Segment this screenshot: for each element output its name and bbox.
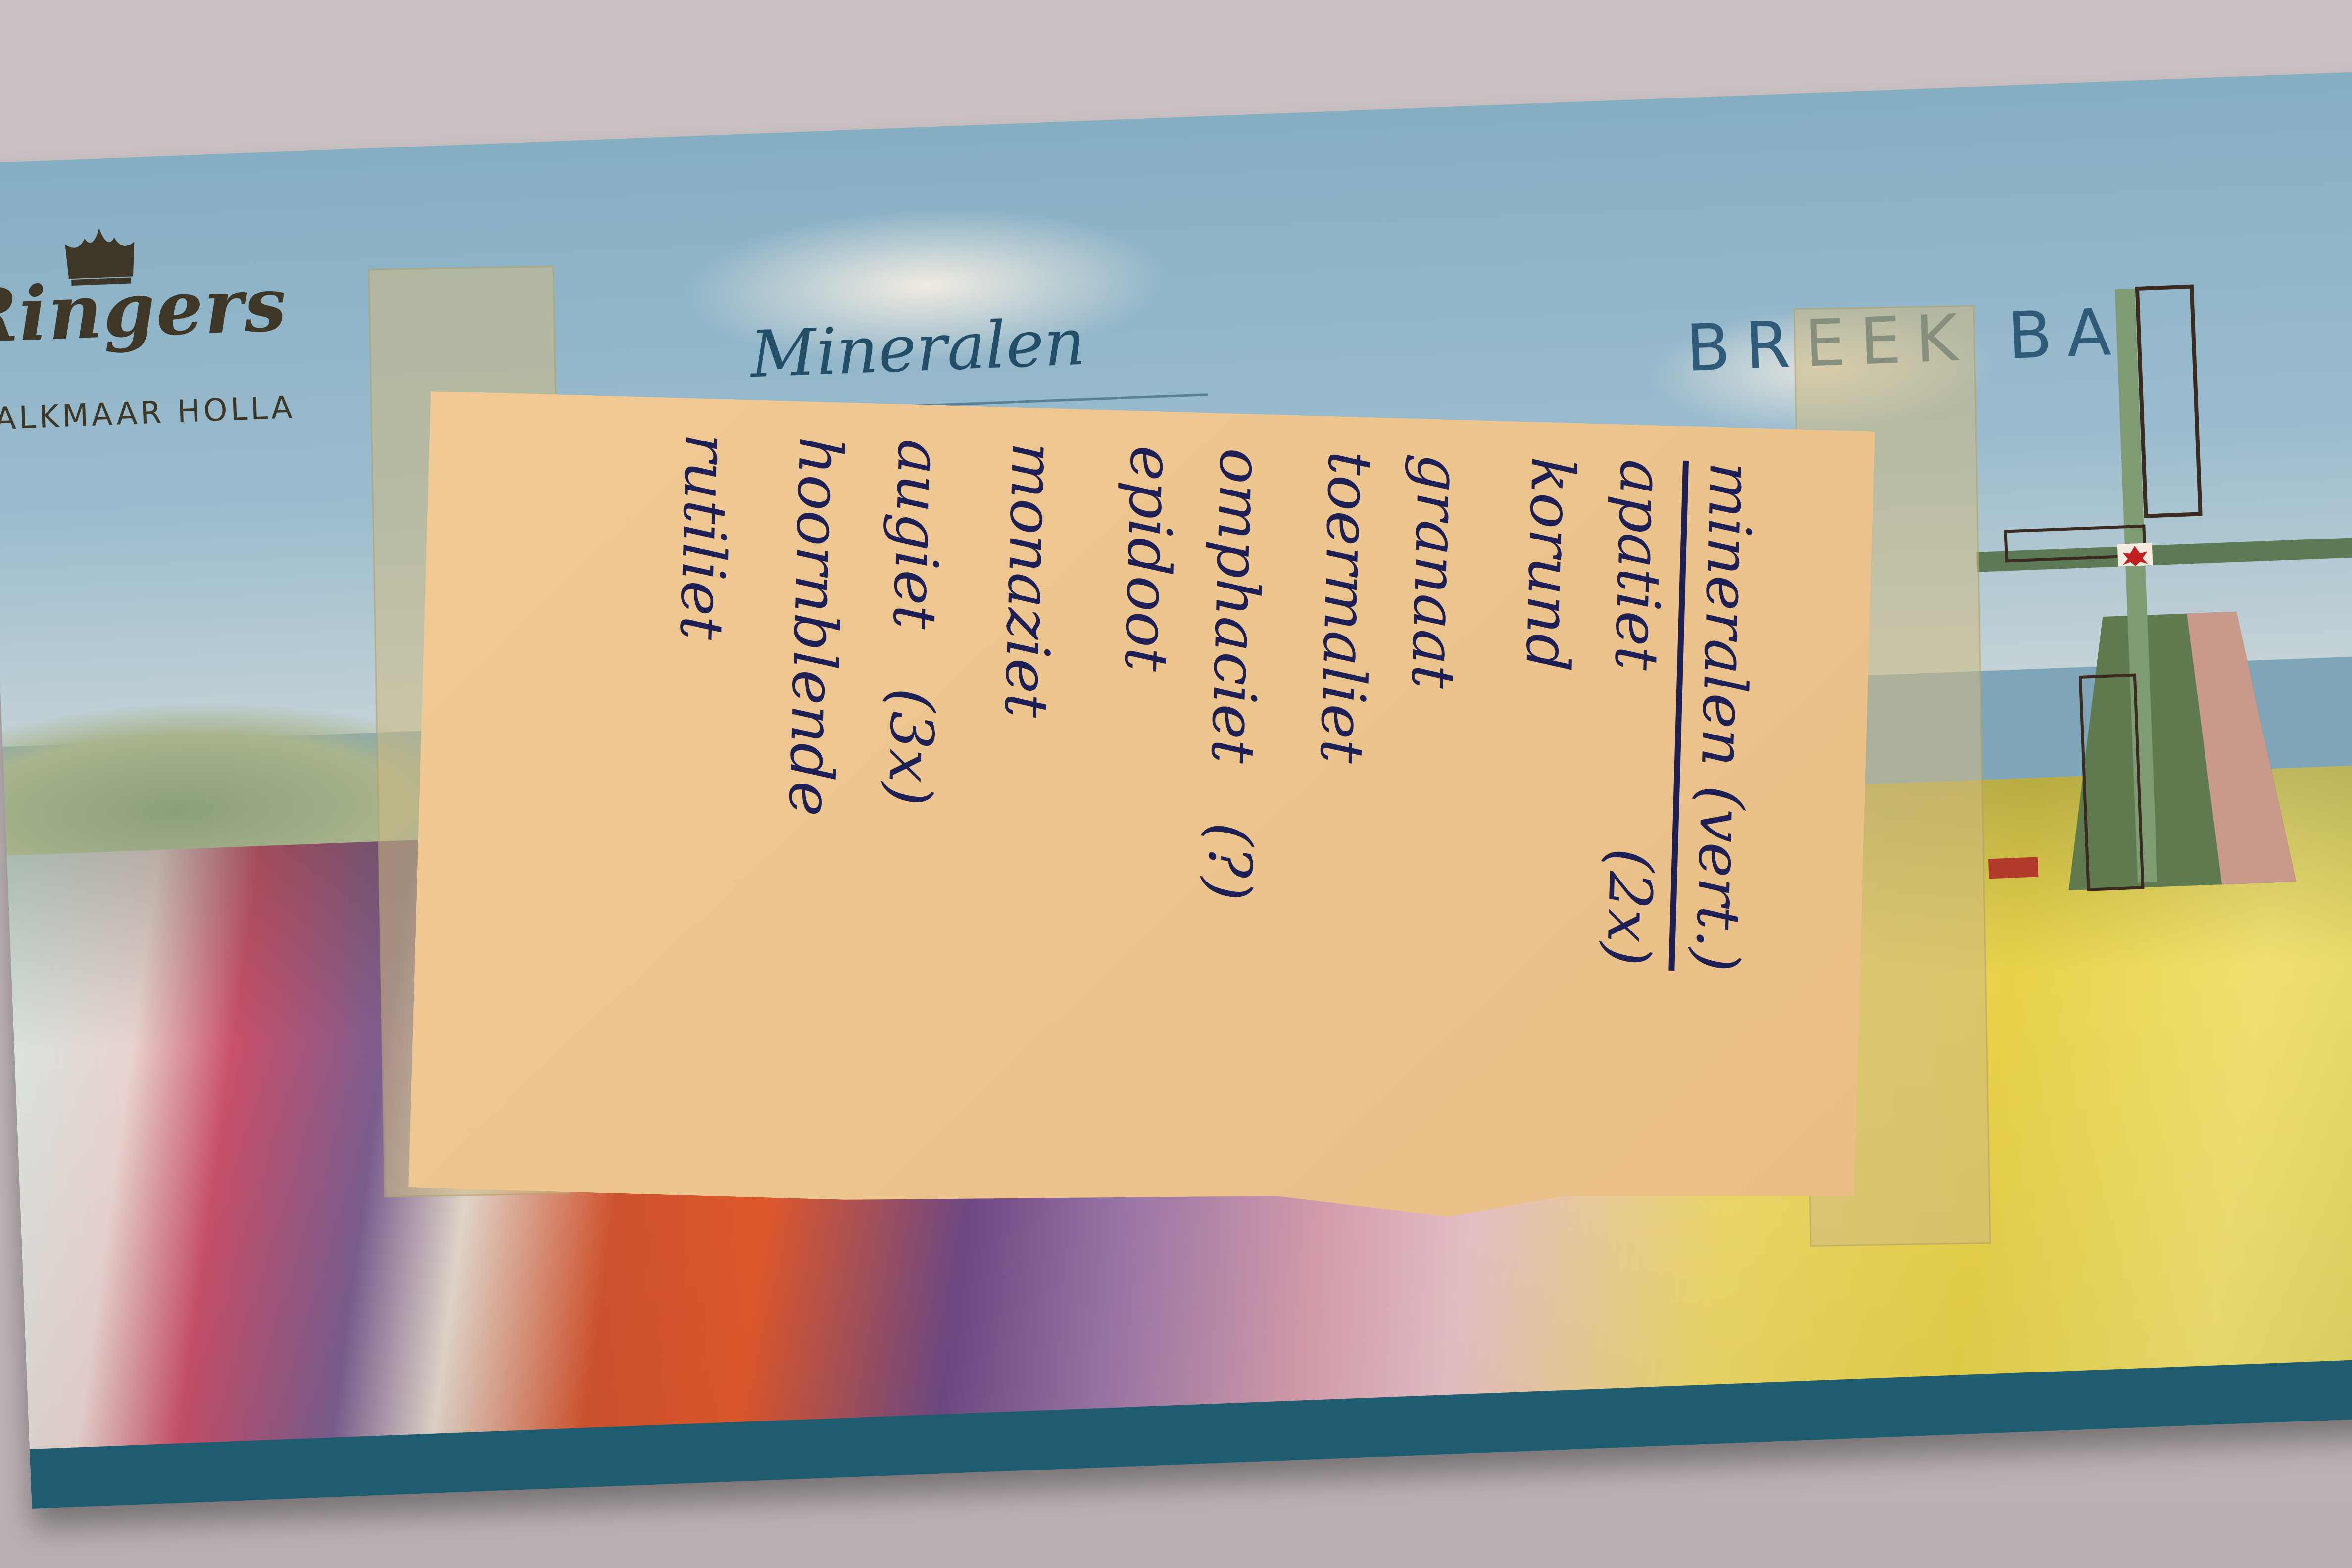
note-item: toermaliet — [1307, 450, 1384, 764]
note-item-name: epidoot — [1111, 445, 1186, 672]
note-item-name: korund — [1512, 456, 1587, 672]
note-heading: mineralen (vert.) — [1682, 461, 1765, 973]
note-item-name: apatiet — [1601, 458, 1676, 671]
note-item-name: monaziet — [991, 441, 1067, 718]
brand-name: Ringers — [0, 260, 289, 360]
handwritten-note: mineralen (vert.) apatiet (2x) korund gr… — [408, 391, 1875, 1228]
handwritten-label-top: Mineralen — [749, 304, 1087, 392]
note-item: apatiet (2x) — [1593, 458, 1676, 967]
note-item-name: toermaliet — [1307, 450, 1384, 764]
note-item-name: omphaciet — [1198, 447, 1275, 764]
note-item-qty: (3x) — [875, 687, 947, 807]
note-item: epidoot — [1111, 445, 1186, 672]
note-item-name: rutiliet — [666, 433, 741, 641]
note-item: korund — [1512, 456, 1587, 672]
note-item-name: granaat — [1398, 453, 1473, 689]
note-item-name: hoornblende — [775, 436, 854, 817]
note-item: augiet (3x) — [875, 439, 954, 807]
note-item-qty: (2x) — [1593, 847, 1666, 967]
note-item: omphaciet (?) — [1194, 447, 1275, 902]
note-item: rutiliet — [666, 433, 741, 641]
windmill-icon — [1966, 260, 2352, 1017]
note-item: hoornblende — [775, 436, 854, 817]
note-item-name: augiet — [880, 439, 954, 630]
note-item: granaat — [1398, 453, 1473, 689]
note-item: monaziet — [991, 441, 1067, 718]
note-item-qty: (?) — [1194, 822, 1265, 902]
